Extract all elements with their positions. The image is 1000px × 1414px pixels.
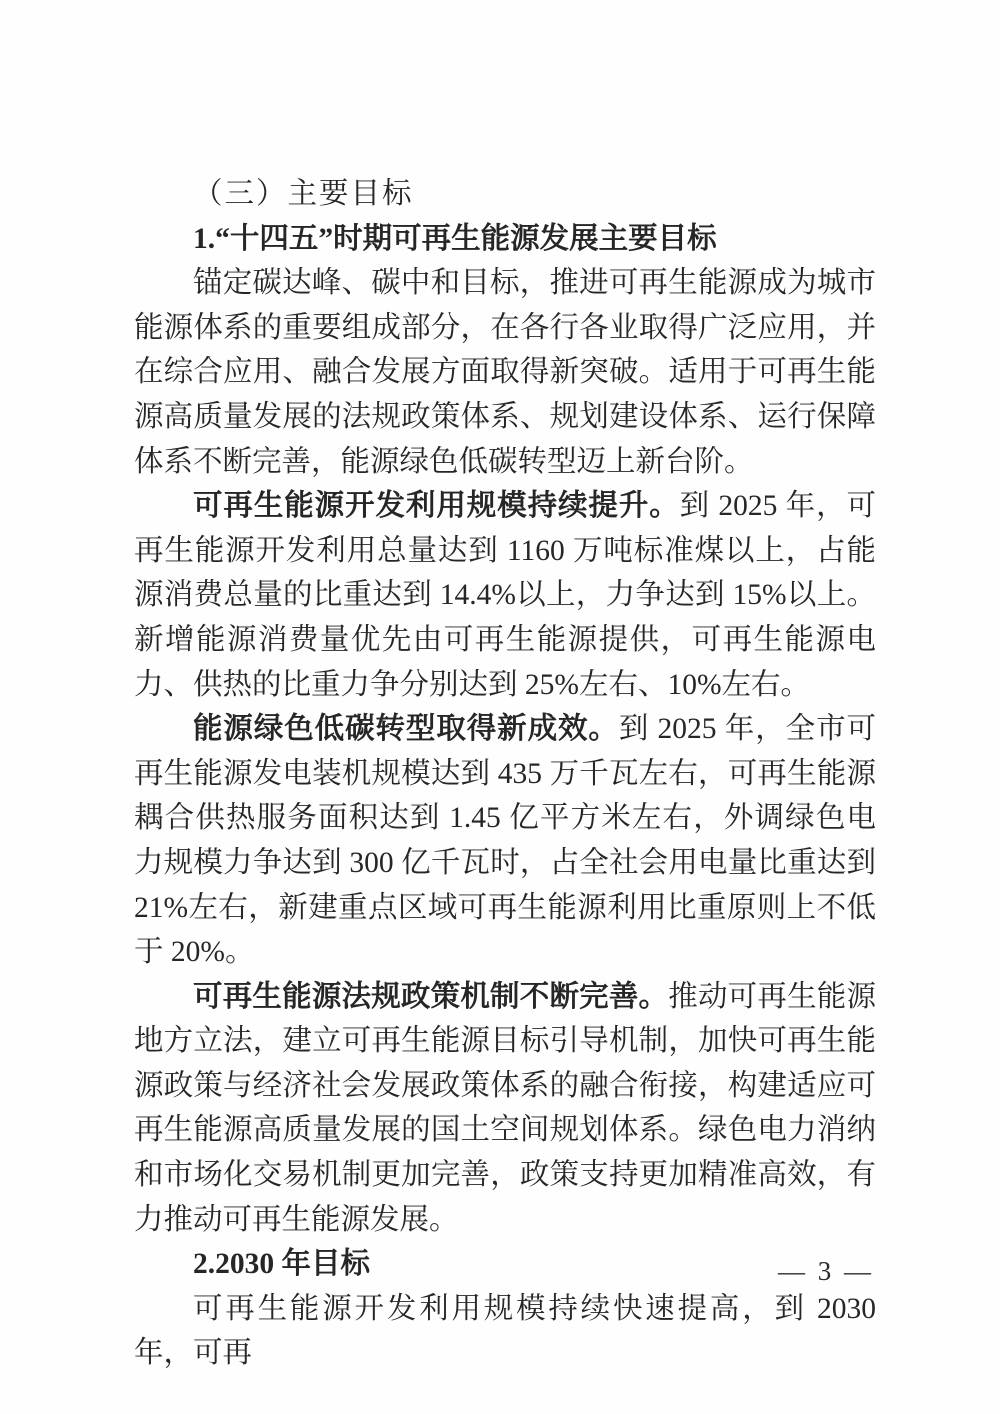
section-heading: （三）主要目标 <box>134 172 876 217</box>
goal-transition-lead: 能源绿色低碳转型取得新成效。 <box>193 713 619 745</box>
paragraph-intro: 锚定碳达峰、碳中和目标，推进可再生能源成为城市能源体系的重要组成部分，在各行各业… <box>134 261 876 484</box>
goal-policy-text: 推动可再生能源地方立法，建立可再生能源目标引导机制，加快可再生能源政策与经济社会… <box>134 981 876 1236</box>
page-number: — 3 — <box>778 1256 874 1287</box>
subsection-2-heading: 2.2030 年目标 <box>134 1242 876 1287</box>
document-body: （三）主要目标 1.“十四五”时期可再生能源发展主要目标 锚定碳达峰、碳中和目标… <box>134 172 876 1376</box>
goal-scale-lead: 可再生能源开发利用规模持续提升。 <box>193 490 680 522</box>
paragraph-intro-text: 锚定碳达峰、碳中和目标，推进可再生能源成为城市能源体系的重要组成部分，在各行各业… <box>134 267 876 477</box>
paragraph-goal-policy: 可再生能源法规政策机制不断完善。推动可再生能源地方立法，建立可再生能源目标引导机… <box>134 975 876 1243</box>
paragraph-goal-scale: 可再生能源开发利用规模持续提升。到 2025 年，可再生能源开发利用总量达到 1… <box>134 484 876 707</box>
document-page: （三）主要目标 1.“十四五”时期可再生能源发展主要目标 锚定碳达峰、碳中和目标… <box>0 0 1000 1414</box>
paragraph-2030: 可再生能源开发利用规模持续快速提高，到 2030 年，可再 <box>134 1287 876 1376</box>
goal-transition-text: 到 2025 年，全市可再生能源发电装机规模达到 435 万千瓦左右，可再生能源… <box>134 713 876 968</box>
subsection-1-heading: 1.“十四五”时期可再生能源发展主要目标 <box>134 217 876 262</box>
paragraph-goal-transition: 能源绿色低碳转型取得新成效。到 2025 年，全市可再生能源发电装机规模达到 4… <box>134 707 876 975</box>
goal-policy-lead: 可再生能源法规政策机制不断完善。 <box>193 981 668 1013</box>
paragraph-2030-text: 可再生能源开发利用规模持续快速提高，到 2030 年，可再 <box>134 1293 876 1370</box>
